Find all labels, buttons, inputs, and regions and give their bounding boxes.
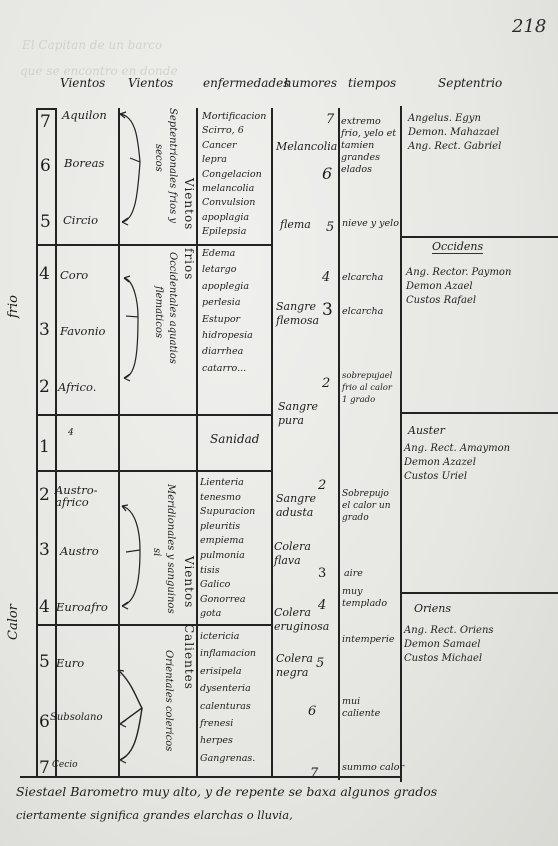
disease: Galico: [200, 578, 255, 593]
disease: Convulsion: [202, 196, 266, 210]
spirit-line: Ang. Rect. Oriens: [404, 624, 494, 638]
brace-arrow-icon: [118, 110, 148, 230]
humor-degree: 3: [318, 566, 326, 581]
row-divider: [400, 592, 558, 594]
table-bottom: [20, 776, 400, 778]
disease: calenturas: [200, 698, 256, 715]
humor-degree: 6: [322, 164, 332, 183]
label-meridional: Meridionales y sanguinos: [165, 484, 176, 614]
grid-line: [271, 108, 273, 776]
humor-degree: 3: [322, 300, 333, 320]
disease: empiema: [200, 534, 255, 549]
disease: catarro...: [202, 361, 253, 377]
degree-number: 6: [40, 156, 51, 176]
wind-name: Favonio: [60, 324, 105, 338]
direction-title-auster: Auster: [408, 424, 445, 438]
spirit-line: Ang. Rector. Paymon: [406, 266, 511, 280]
row-divider: [36, 624, 272, 626]
disease: erisipela: [200, 663, 256, 680]
folio-number: 218: [512, 16, 546, 37]
humor-degree: 2: [322, 376, 330, 391]
direction-title-occidens: Occidens: [432, 240, 483, 254]
grid-line: [338, 108, 340, 780]
spirit-line: Demon Samael: [404, 638, 494, 652]
disease: melancolia: [202, 182, 266, 196]
degree-number: 2: [39, 377, 50, 397]
degree-number: 4: [39, 264, 50, 284]
disease: letargo: [202, 262, 253, 278]
humor-degree: 2: [318, 478, 326, 493]
disease: dysenteria: [200, 680, 256, 697]
degree-number: 5: [40, 212, 51, 232]
degree-number: 3: [39, 320, 50, 340]
humor-degree: 4: [318, 598, 326, 613]
disease: pleuritis: [200, 520, 255, 535]
disease: Lienteria: [200, 476, 255, 491]
label-si: si: [151, 548, 162, 556]
brace-arrow-icon: [118, 502, 148, 622]
wind-name: Euroafro: [56, 600, 108, 614]
disease: frenesi: [200, 715, 256, 732]
brace-arrow-icon: [114, 666, 154, 766]
weather-c4: muy templado: [342, 586, 382, 610]
degree-number: 3: [39, 540, 50, 560]
disease: tenesmo: [200, 491, 255, 506]
margin-label-frio: frio: [6, 295, 21, 318]
weather-t2: sobrepujael frio al calor 1 grado: [342, 370, 398, 406]
disease: Edema: [202, 246, 253, 262]
humor-sangre-flemosa: Sangre flemosa: [276, 300, 326, 328]
label-vientos-calientes: Vientos: [182, 556, 196, 608]
wind-name: Coro: [60, 268, 88, 282]
humor-degree: 4: [322, 270, 330, 285]
degree-number: 6: [39, 712, 50, 732]
label-vientos-frios: Vientos: [182, 178, 196, 230]
degree-number: 1: [39, 437, 50, 457]
row-divider: [36, 414, 272, 416]
footnote-line-2: ciertamente significa grandes elarchas o…: [16, 808, 293, 822]
degree-number: 2: [39, 485, 50, 505]
degree-number: 7: [39, 758, 50, 778]
disease: ictericia: [200, 628, 256, 645]
label-septentrional: Septentrionales frios y: [167, 108, 178, 223]
spirit-line: Demon Azazel: [404, 456, 510, 470]
label-secos: secos: [153, 144, 164, 172]
disease: lepra: [202, 153, 266, 167]
disease: apoplegia: [202, 279, 253, 295]
header-humores: humores: [284, 76, 337, 90]
sanidad: Sanidad: [210, 432, 259, 446]
disease-list-group3: Lienteria tenesmo Supuracion pleuritis e…: [200, 476, 255, 622]
header-vientos: Vientos: [60, 76, 105, 90]
disease: Estupor: [202, 312, 253, 328]
spirit-line: Demon. Mahazael: [408, 126, 501, 140]
spirit-line: Ang. Rect. Amaymon: [404, 442, 510, 456]
degree-number: 4: [39, 597, 50, 617]
grid-line: [196, 108, 198, 776]
disease: Congelacion: [202, 168, 266, 182]
weather-c7: summo calor: [342, 762, 404, 774]
manuscript-page: El Capitan de un barco que se encontro e…: [0, 0, 558, 846]
weather-c3: aire: [344, 568, 363, 580]
disease: tisis: [200, 564, 255, 579]
degree-number: 5: [39, 652, 50, 672]
weather-t5: nieve y yelo: [342, 218, 399, 230]
header-enfermedades: enfermedades: [203, 76, 289, 90]
wind-name: Austro: [60, 544, 99, 558]
humor-degree: 6: [308, 704, 316, 719]
disease: Epilepsia: [202, 225, 266, 239]
disease: Gonorrea: [200, 593, 255, 608]
disease: gota: [200, 607, 255, 622]
weather-c5: intemperie: [342, 634, 395, 646]
humor-degree: 7: [310, 766, 318, 781]
spirit-line: Custos Uriel: [404, 470, 510, 484]
disease-list-group2: Edema letargo apoplegia perlesia Estupor…: [202, 246, 253, 377]
row-divider: [400, 236, 558, 238]
label-occidental: Occidentales aquatios: [167, 252, 178, 364]
wind-name: 4: [68, 428, 74, 438]
humor-sangre-adusta: Sangre adusta: [276, 492, 322, 520]
humor-degree: 5: [326, 220, 334, 235]
footnote-line-1: Siestael Barometro muy alto, y de repent…: [16, 784, 437, 799]
wind-name: Cecio: [52, 760, 78, 770]
disease: apoplagia: [202, 211, 266, 225]
wind-name: Euro: [56, 656, 84, 670]
label-frios: frios: [182, 248, 196, 280]
wind-name: Subsolano: [50, 712, 102, 723]
disease-list-group1: Mortificacion Scirro, 6 Cancer lepra Con…: [202, 110, 266, 240]
disease: pulmonia: [200, 549, 255, 564]
wind-name: Circio: [63, 213, 98, 227]
weather-t4: elcarcha: [342, 272, 383, 284]
spirits-septentrio: Angelus. Egyn Demon. Mahazael Ang. Rect.…: [408, 112, 501, 154]
wind-name: Africo.: [58, 380, 96, 394]
disease: herpes: [200, 732, 256, 749]
weather-t3: elcarcha: [342, 306, 383, 318]
disease: Cancer: [202, 139, 266, 153]
header-vientos-2: Vientos: [128, 76, 173, 90]
disease: inflamacion: [200, 645, 256, 662]
spirits-occidens: Ang. Rector. Paymon Demon Azael Custos R…: [406, 266, 511, 308]
row-divider: [400, 412, 558, 414]
humor-degree: 5: [316, 656, 324, 671]
header-septentrio: Septentrio: [438, 76, 502, 90]
spirit-line: Custos Rafael: [406, 294, 511, 308]
humor-flema: flema: [280, 218, 311, 232]
humor-melancolia: Melancolia: [276, 140, 320, 154]
disease-list-group4: ictericia inflamacion erisipela dysenter…: [200, 628, 256, 767]
margin-label-calor: Calor: [6, 604, 21, 640]
header-tiempos: tiempos: [348, 76, 396, 90]
wind-name: Aquilon: [62, 108, 107, 122]
disease: perlesia: [202, 295, 253, 311]
label-calientes: Calientes: [182, 624, 196, 690]
grid-line: [36, 108, 56, 110]
humor-colera-flava: Colera flava: [274, 540, 330, 568]
humor-sangre-pura: Sangre pura: [278, 400, 324, 428]
weather-t7: extremo frio, yelo et tamien grandes ela…: [341, 116, 399, 176]
disease: Scirro, 6: [202, 124, 266, 138]
wind-name: Boreas: [64, 156, 104, 170]
direction-title-oriens: Oriens: [414, 602, 451, 616]
label-oriental: Orientales colericos: [163, 650, 174, 751]
brace-arrow-icon: [118, 272, 148, 392]
label-flematicos: flematicos: [153, 286, 164, 338]
humor-degree: 7: [326, 112, 334, 127]
degree-number: 7: [40, 112, 51, 132]
humor-colera-negra: Colera negra: [276, 652, 318, 680]
disease: diarrhea: [202, 344, 253, 360]
disease: hidropesia: [202, 328, 253, 344]
grid-line: [400, 106, 402, 782]
weather-c2: Sobrepujo el calor un grado: [342, 488, 398, 524]
weather-c6: mui caliente: [342, 696, 392, 720]
grid-line: [36, 108, 38, 776]
wind-name: Austro-africo: [55, 484, 105, 508]
spirits-auster: Ang. Rect. Amaymon Demon Azazel Custos U…: [404, 442, 510, 484]
spirit-line: Angelus. Egyn: [408, 112, 501, 126]
disease: Supuracion: [200, 505, 255, 520]
spirits-oriens: Ang. Rect. Oriens Demon Samael Custos Mi…: [404, 624, 494, 666]
spirit-line: Custos Michael: [404, 652, 494, 666]
row-divider: [36, 470, 272, 472]
spirit-line: Ang. Rect. Gabriel: [408, 140, 501, 154]
disease: Mortificacion: [202, 110, 266, 124]
disease: Gangrenas.: [200, 750, 256, 767]
spirit-line: Demon Azael: [406, 280, 511, 294]
grid-line: [55, 108, 57, 776]
bleed-through-text: El Capitan de un barco: [22, 38, 162, 52]
